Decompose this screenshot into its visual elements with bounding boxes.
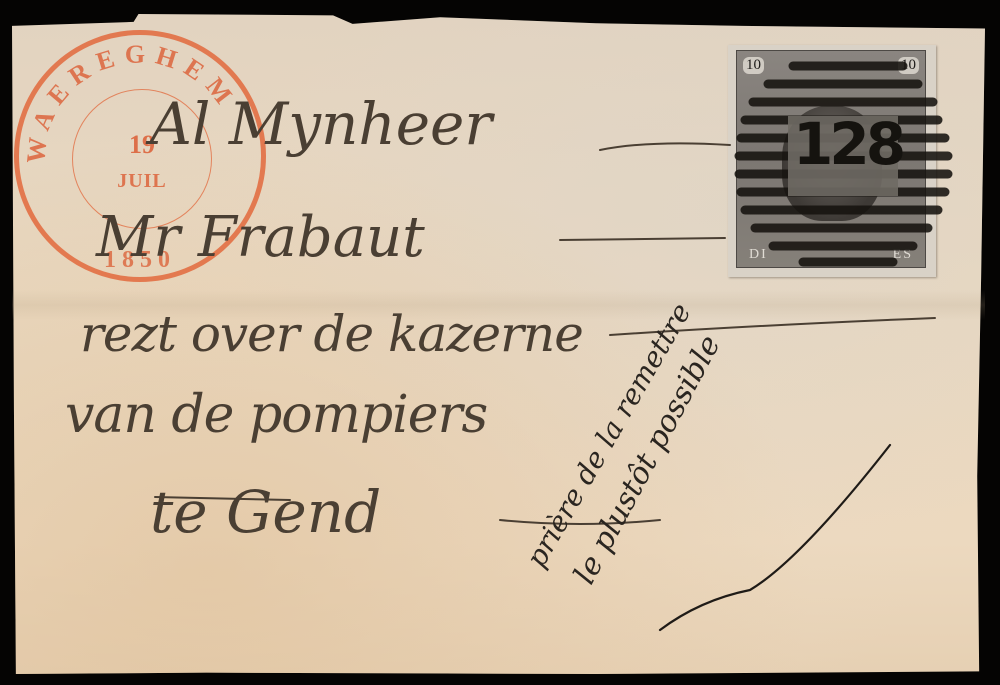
ink-flourishes: [0, 0, 1000, 685]
postal-cover-photo: WAEREGHEM 1850 19 JUIL 10 10 DI ES: [0, 0, 1000, 685]
